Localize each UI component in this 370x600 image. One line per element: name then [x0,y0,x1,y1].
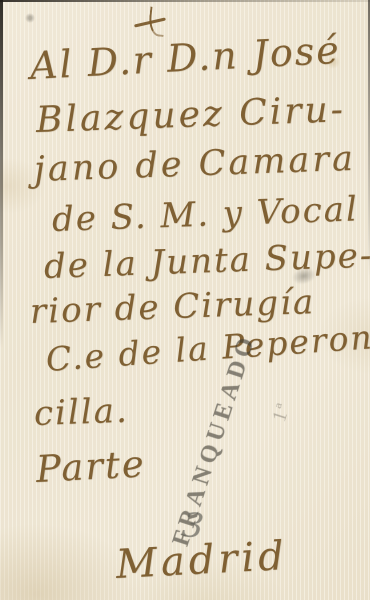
notation-parte: Parte [35,442,147,491]
address-line-5: de la Junta Supe- [43,236,370,287]
address-line-1: Al D.r D.n José [29,28,342,88]
cross-flourish-icon [131,6,170,40]
destination-city: Madrid [115,533,289,588]
paper-edge-left [0,0,3,348]
address-line-3: jano de Camara [33,139,356,190]
address-line-8: cilla. [33,391,129,434]
address-line-2: Blazquez Ciru- [35,89,346,141]
secondary-postmark: 1ª [268,399,296,425]
paper-edge-top [0,0,370,2]
address-line-4: de S. M. y Vocal [51,189,359,240]
letter-cover-scan: Al D.r D.n José Blazquez Ciru- jano de C… [0,0,370,600]
